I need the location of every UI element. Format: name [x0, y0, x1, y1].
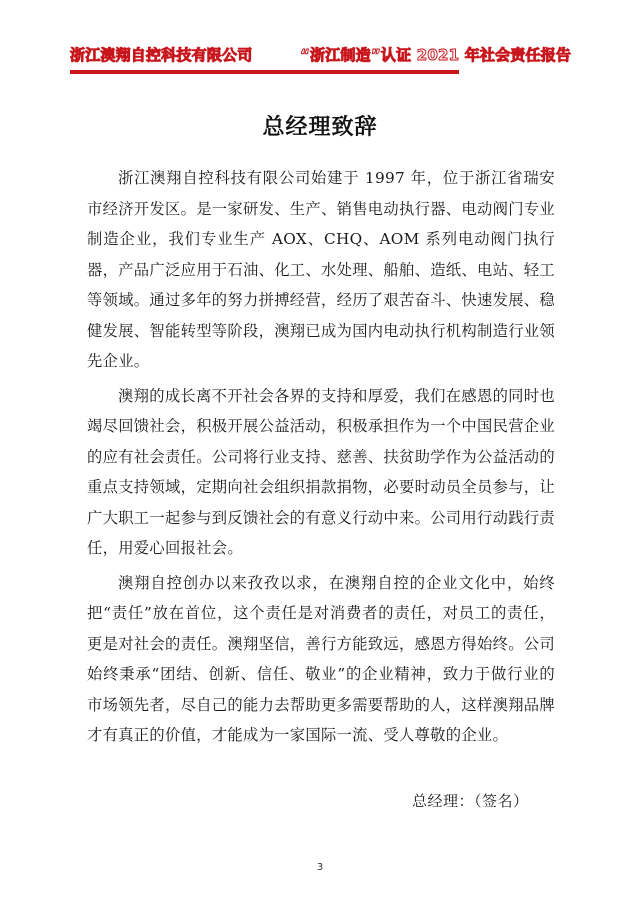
header-divider [70, 70, 459, 74]
signature-line: 总经理：（签名） [412, 790, 529, 811]
header-company-name: 浙江澳翔自控科技有限公司 [70, 44, 252, 65]
paragraph-social-contribution: 澳翔的成长离不开社会各界的支持和厚爱，我们在感恩的同时也竭尽回馈社会，积极开展公… [87, 381, 555, 564]
document-body: 浙江澳翔自控科技有限公司始建于 1997 年，位于浙江省瑞安市经济开发区。是一家… [87, 163, 555, 753]
paragraph-corporate-culture: 澳翔自控创办以来孜孜以求，在澳翔自控的企业文化中，始终把“责任”放在首位，这个责… [87, 568, 555, 751]
paragraph-company-intro: 浙江澳翔自控科技有限公司始建于 1997 年，位于浙江省瑞安市经济开发区。是一家… [87, 163, 555, 377]
page-number: 3 [0, 862, 640, 873]
header-report-title: “浙江制造”认证 2021 年社会责任报告 [300, 44, 571, 65]
document-title: 总经理致辞 [0, 110, 640, 141]
